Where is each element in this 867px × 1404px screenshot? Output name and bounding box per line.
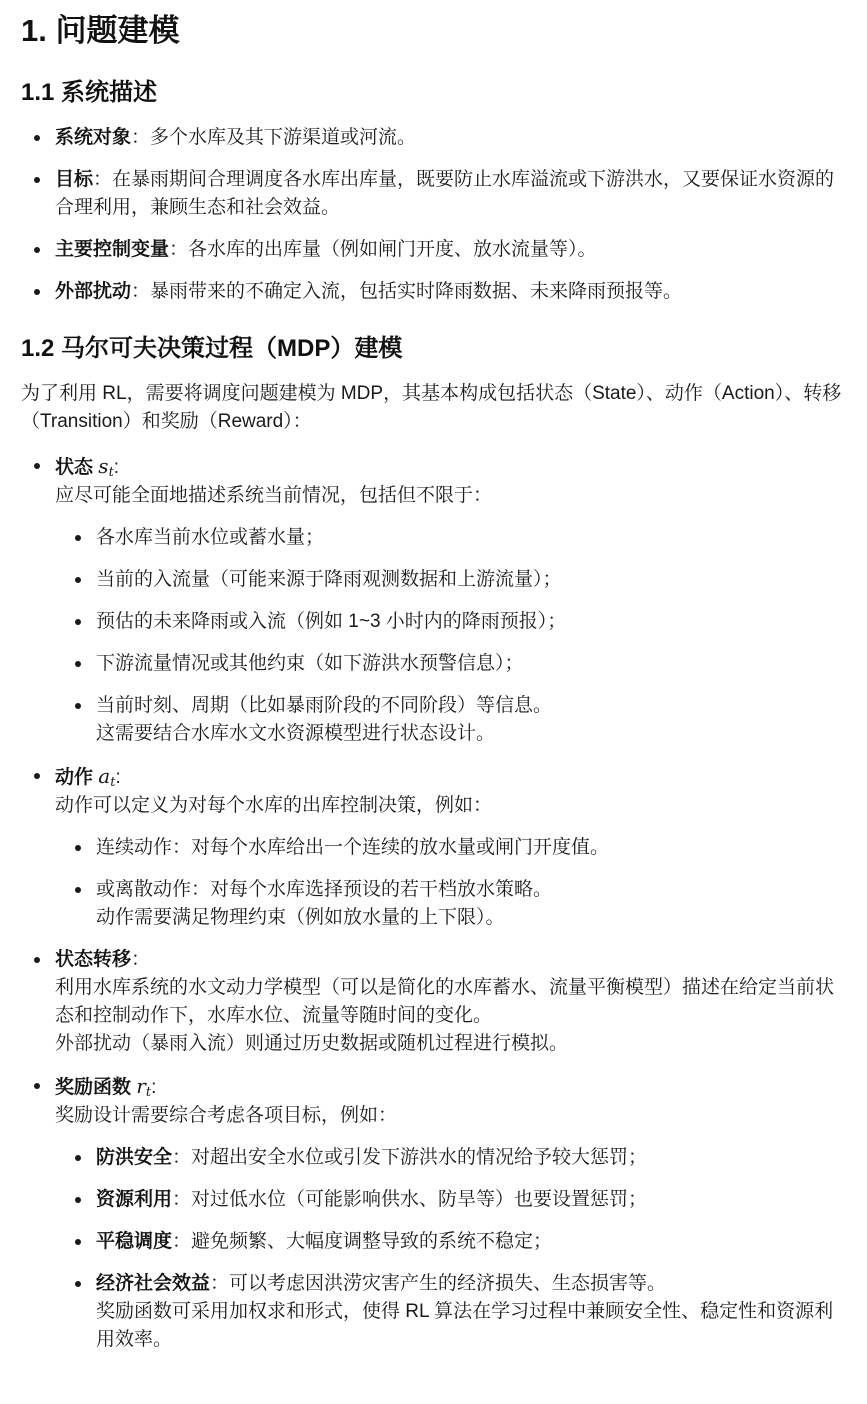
item-description: 利用水库系统的水文动力学模型（可以是简化的水库蓄水、流量平衡模型）描述在给定当前… — [55, 974, 845, 1030]
item-description: 动作可以定义为对每个水库的出库控制决策，例如： — [55, 792, 845, 820]
bullet-icon — [75, 887, 81, 893]
bullet-icon — [75, 845, 81, 851]
item-text: 对超出安全水位或引发下游洪水的情况给予较大惩罚； — [191, 1147, 647, 1168]
item-description: 奖励设计需要综合考虑各项目标，例如： — [55, 1102, 845, 1130]
term-label: 状态转移 — [55, 949, 131, 970]
term-colon: ： — [172, 1231, 191, 1252]
item-description: 应尽可能全面地描述系统当前情况，包括但不限于： — [55, 482, 845, 510]
item-text: 连续动作：对每个水库给出一个连续的放水量或闸门开度值。 — [96, 837, 609, 858]
list-item-transition: 状态转移： 利用水库系统的水文动力学模型（可以是简化的水库蓄水、流量平衡模型）描… — [55, 946, 845, 1058]
list-item: 目标：在暴雨期间合理调度各水库出库量，既要防止水库溢流或下游洪水，又要保证水资源… — [55, 166, 845, 222]
term-colon: ： — [131, 281, 150, 302]
bullet-icon — [75, 1239, 81, 1245]
item-text: 各水库当前水位或蓄水量； — [96, 527, 324, 548]
item-text: 预估的未来降雨或入流（例如 1~3 小时内的降雨预报）； — [96, 611, 566, 632]
bullet-icon — [34, 135, 40, 141]
item-text: 当前时刻、周期（比如暴雨阶段的不同阶段）等信息。 — [96, 695, 552, 716]
list-item: 当前的入流量（可能来源于降雨观测数据和上游流量）； — [96, 566, 845, 594]
list-item: 各水库当前水位或蓄水量； — [96, 524, 845, 552]
term-line: 状态转移： — [55, 946, 845, 974]
term-label: 主要控制变量 — [55, 239, 169, 260]
bullet-icon — [34, 773, 40, 779]
bullet-icon — [75, 661, 81, 667]
list-item: 系统对象：多个水库及其下游渠道或河流。 — [55, 124, 845, 152]
term-colon: : — [115, 767, 120, 788]
list-item: 外部扰动：暴雨带来的不确定入流，包括实时降雨数据、未来降雨预报等。 — [55, 278, 845, 306]
list-item: 连续动作：对每个水库给出一个连续的放水量或闸门开度值。 — [96, 834, 845, 862]
state-sublist: 各水库当前水位或蓄水量； 当前的入流量（可能来源于降雨观测数据和上游流量）； 预… — [55, 524, 845, 748]
bullet-icon — [75, 1155, 81, 1161]
term-line: 动作 at: — [55, 762, 845, 792]
term-colon: ： — [172, 1147, 191, 1168]
term-label: 目标 — [55, 169, 93, 190]
list-item: 当前时刻、周期（比如暴雨阶段的不同阶段）等信息。这需要结合水库水文水资源模型进行… — [96, 692, 845, 748]
bullet-icon — [34, 289, 40, 295]
term-line: 奖励函数 rt: — [55, 1072, 845, 1102]
list-item: 下游流量情况或其他约束（如下游洪水预警信息）； — [96, 650, 845, 678]
list-item: 防洪安全：对超出安全水位或引发下游洪水的情况给予较大惩罚； — [96, 1144, 845, 1172]
bullet-icon — [75, 535, 81, 541]
bullet-icon — [34, 463, 40, 469]
item-text: 或离散动作：对每个水库选择预设的若干档放水策略。 — [96, 879, 552, 900]
term-label: 资源利用 — [96, 1189, 172, 1210]
term-label: 系统对象 — [55, 127, 131, 148]
term-colon: : — [114, 457, 119, 478]
bullet-icon — [75, 577, 81, 583]
item-description: 外部扰动（暴雨入流）则通过历史数据或随机过程进行模拟。 — [55, 1030, 845, 1058]
mdp-components-list: 状态 st: 应尽可能全面地描述系统当前情况，包括但不限于： 各水库当前水位或蓄… — [21, 452, 845, 1354]
term-colon: ： — [93, 169, 112, 190]
list-item-reward: 奖励函数 rt: 奖励设计需要综合考虑各项目标，例如： 防洪安全：对超出安全水位… — [55, 1072, 845, 1354]
list-item-action: 动作 at: 动作可以定义为对每个水库的出库控制决策，例如： 连续动作：对每个水… — [55, 762, 845, 932]
reward-sublist: 防洪安全：对超出安全水位或引发下游洪水的情况给予较大惩罚； 资源利用：对过低水位… — [55, 1144, 845, 1354]
page-title: 1. 问题建模 — [21, 12, 845, 50]
item-note: 动作需要满足物理约束（例如放水量的上下限）。 — [96, 907, 505, 928]
list-item: 资源利用：对过低水位（可能影响供水、防旱等）也要设置惩罚； — [96, 1186, 845, 1214]
bullet-icon — [75, 1197, 81, 1203]
math-reward-variable: rt — [136, 1074, 151, 1098]
term-line: 状态 st: — [55, 452, 845, 482]
term-colon: ： — [169, 239, 188, 260]
math-state-variable: st — [98, 454, 114, 478]
item-text: 多个水库及其下游渠道或河流。 — [150, 127, 416, 148]
document-page: 1. 问题建模 1.1 系统描述 系统对象：多个水库及其下游渠道或河流。 目标：… — [0, 0, 867, 1404]
list-item: 预估的未来降雨或入流（例如 1~3 小时内的降雨预报）； — [96, 608, 845, 636]
math-action-variable: at — [98, 764, 115, 788]
bullet-icon — [34, 1083, 40, 1089]
item-note: 奖励函数可采用加权求和形式，使得 RL 算法在学习过程中兼顾安全性、稳定性和资源… — [96, 1301, 833, 1350]
term-label: 奖励函数 — [55, 1077, 131, 1098]
bullet-icon — [34, 177, 40, 183]
mdp-intro-paragraph: 为了利用 RL，需要将调度问题建模为 MDP，其基本构成包括状态（State）、… — [21, 380, 845, 436]
bullet-icon — [75, 1281, 81, 1287]
item-text: 暴雨带来的不确定入流，包括实时降雨数据、未来降雨预报等。 — [150, 281, 682, 302]
item-text: 下游流量情况或其他约束（如下游洪水预警信息）； — [96, 653, 524, 674]
item-note: 这需要结合水库水文水资源模型进行状态设计。 — [96, 723, 495, 744]
system-description-list: 系统对象：多个水库及其下游渠道或河流。 目标：在暴雨期间合理调度各水库出库量，既… — [21, 124, 845, 306]
term-label: 防洪安全 — [96, 1147, 172, 1168]
list-item: 平稳调度：避免频繁、大幅度调整导致的系统不稳定； — [96, 1228, 845, 1256]
term-colon: ： — [210, 1273, 229, 1294]
bullet-icon — [34, 957, 40, 963]
term-label: 状态 — [55, 457, 93, 478]
term-colon: ： — [172, 1189, 191, 1210]
list-item: 经济社会效益：可以考虑因洪涝灾害产生的经济损失、生态损害等。奖励函数可采用加权求… — [96, 1270, 845, 1354]
action-sublist: 连续动作：对每个水库给出一个连续的放水量或闸门开度值。 或离散动作：对每个水库选… — [55, 834, 845, 932]
section-heading-1-1: 1.1 系统描述 — [21, 78, 845, 108]
item-text: 对过低水位（可能影响供水、防旱等）也要设置惩罚； — [191, 1189, 647, 1210]
term-label: 外部扰动 — [55, 281, 131, 302]
bullet-icon — [75, 619, 81, 625]
item-text: 避免频繁、大幅度调整导致的系统不稳定； — [191, 1231, 552, 1252]
term-colon: ： — [131, 127, 150, 148]
term-colon: ： — [131, 949, 150, 970]
section-heading-1-2: 1.2 马尔可夫决策过程（MDP）建模 — [21, 334, 845, 364]
term-colon: : — [151, 1077, 156, 1098]
bullet-icon — [34, 247, 40, 253]
bullet-icon — [75, 703, 81, 709]
item-text: 当前的入流量（可能来源于降雨观测数据和上游流量）； — [96, 569, 562, 590]
list-item: 主要控制变量：各水库的出库量（例如闸门开度、放水流量等）。 — [55, 236, 845, 264]
item-text: 各水库的出库量（例如闸门开度、放水流量等）。 — [188, 239, 597, 260]
list-item-state: 状态 st: 应尽可能全面地描述系统当前情况，包括但不限于： 各水库当前水位或蓄… — [55, 452, 845, 748]
item-text: 可以考虑因洪涝灾害产生的经济损失、生态损害等。 — [229, 1273, 666, 1294]
item-text: 在暴雨期间合理调度各水库出库量，既要防止水库溢流或下游洪水，又要保证水资源的合理… — [55, 169, 834, 218]
term-label: 经济社会效益 — [96, 1273, 210, 1294]
term-label: 平稳调度 — [96, 1231, 172, 1252]
list-item: 或离散动作：对每个水库选择预设的若干档放水策略。动作需要满足物理约束（例如放水量… — [96, 876, 845, 932]
term-label: 动作 — [55, 767, 93, 788]
